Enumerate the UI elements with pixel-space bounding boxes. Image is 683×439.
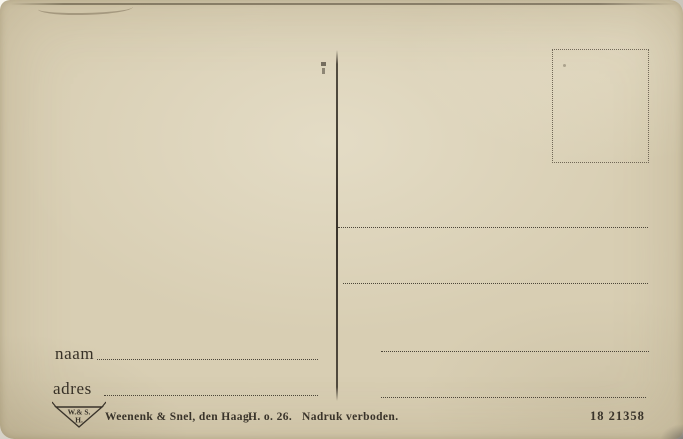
series-code: H. o. 26. xyxy=(248,411,292,423)
rights-notice: Nadruk verboden. xyxy=(302,411,399,423)
address-line-3 xyxy=(381,351,649,352)
center-divider-line xyxy=(336,50,338,401)
corner-shadow xyxy=(657,421,683,439)
address-line-4 xyxy=(381,397,646,398)
address-line-2 xyxy=(343,283,648,284)
adres-label: adres xyxy=(53,379,92,399)
stamp-box xyxy=(552,49,649,163)
paper-crease xyxy=(38,1,133,15)
serial-number: 18 21358 xyxy=(590,409,645,424)
naam-label: naam xyxy=(55,344,94,364)
publisher-imprint: Weenenk & Snel, den Haag. xyxy=(105,411,252,423)
paper-speck xyxy=(563,64,566,67)
address-line-1 xyxy=(338,227,648,228)
postcard-back: naam adres W.& S. H. Weenenk & Snel, den… xyxy=(0,0,683,439)
naam-writing-line xyxy=(97,359,318,360)
publisher-logo: W.& S. H. xyxy=(52,400,106,430)
printer-mark xyxy=(320,62,327,75)
adres-writing-line xyxy=(104,395,318,396)
logo-initial-bottom: H. xyxy=(75,416,83,425)
